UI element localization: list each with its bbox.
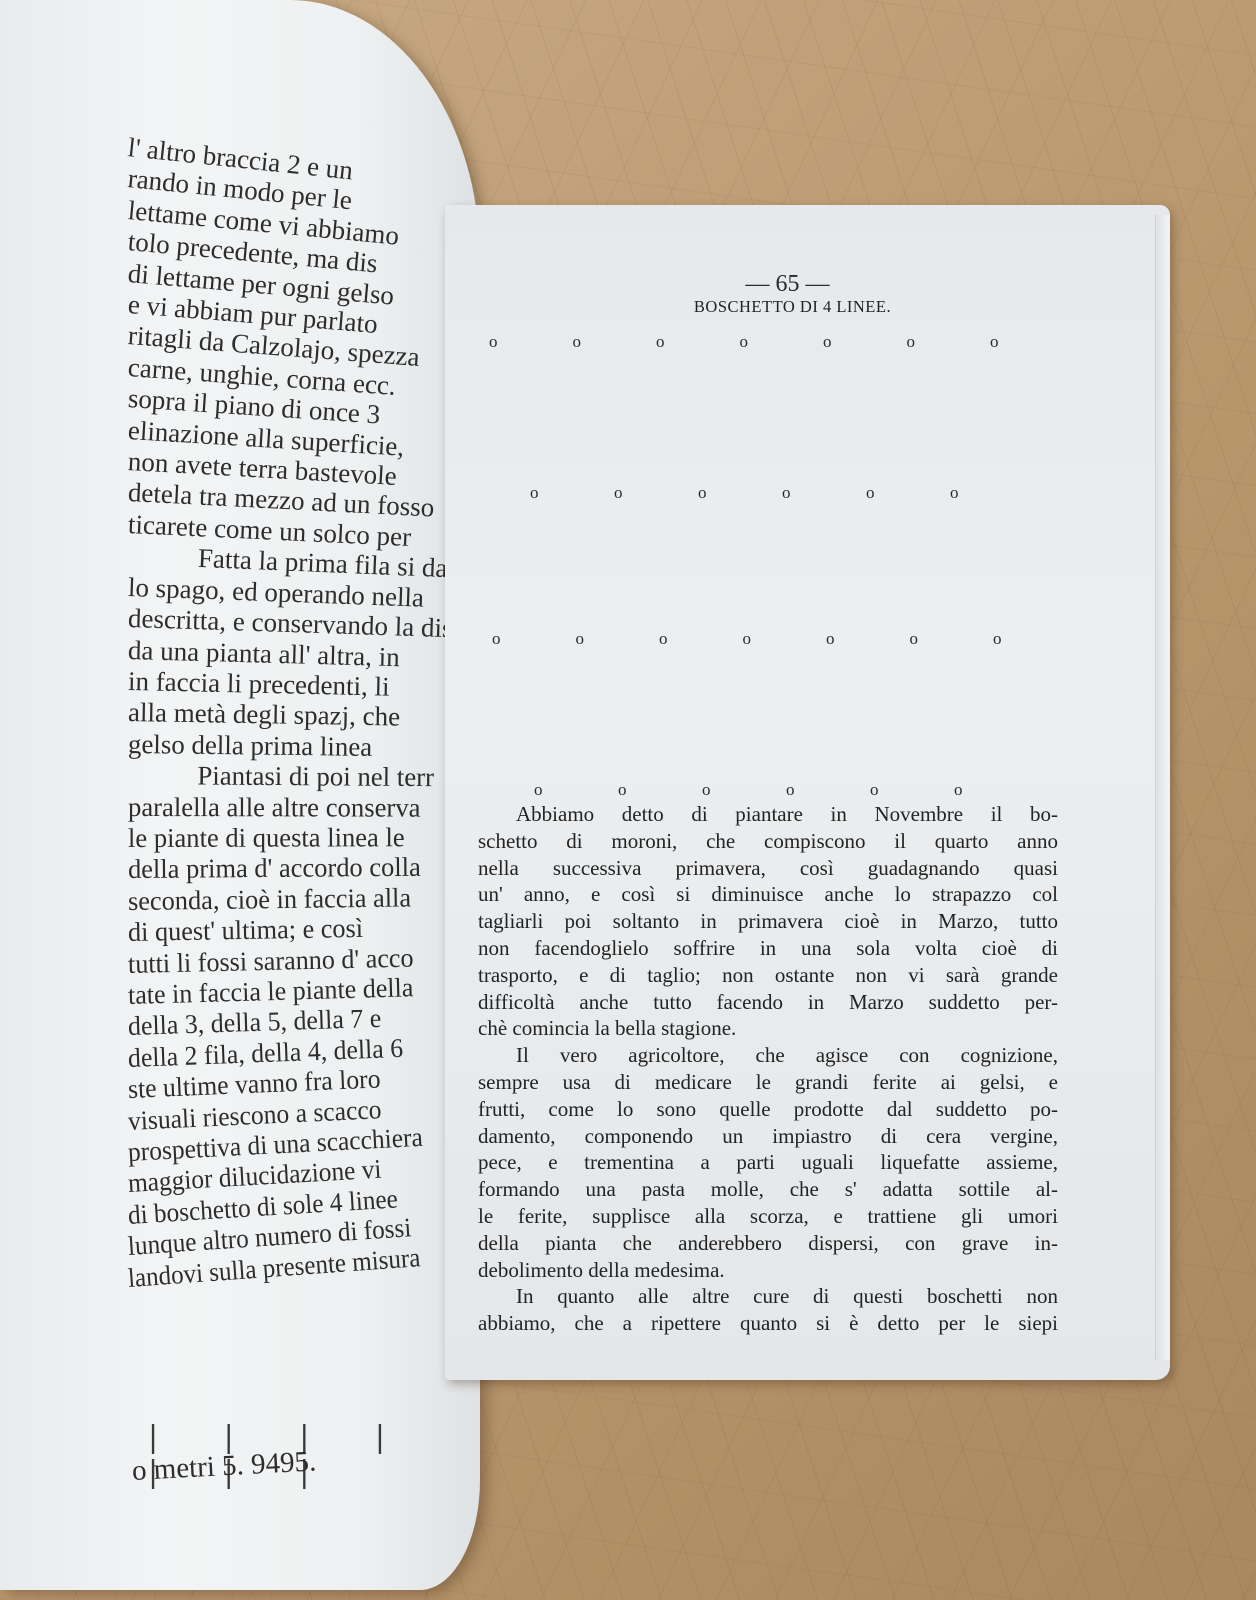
- text-line: tagliarli poi soltanto in primavera cioè…: [478, 908, 1058, 935]
- tree-marker: o: [782, 483, 791, 503]
- tree-marker: o: [786, 780, 795, 800]
- text-line: sempre usa di medicare le grandi ferite …: [478, 1069, 1058, 1096]
- tree-marker: o: [826, 629, 835, 649]
- tree-marker: o: [907, 332, 916, 352]
- text-line: damento, componendo un impiastro di cera…: [478, 1123, 1058, 1150]
- paragraph: Il vero agricoltore, che agisce con cogn…: [478, 1042, 1058, 1283]
- text-line: frutti, come lo sono quelle prodotte dal…: [478, 1096, 1058, 1123]
- text-line: Il vero agricoltore, che agisce con cogn…: [478, 1042, 1058, 1069]
- tree-row-3: ooooooo: [445, 629, 1170, 651]
- text-line: nella successiva primavera, così guadagn…: [478, 855, 1058, 882]
- text-line: In quanto alle altre cure di questi bosc…: [478, 1283, 1058, 1310]
- text-line: chè comincia la bella stagione.: [478, 1015, 1058, 1042]
- tree-marker: o: [990, 332, 999, 352]
- tree-marker: o: [534, 780, 543, 800]
- tree-marker: o: [656, 332, 665, 352]
- tree-marker: o: [823, 332, 832, 352]
- body-text: Abbiamo detto di piantare in Novembre il…: [478, 801, 1058, 1337]
- text-line: pece, e trementina a parti uguali liquef…: [478, 1149, 1058, 1176]
- text-line: abbiamo, che a ripettere quanto si è det…: [478, 1310, 1058, 1337]
- paragraph: Abbiamo detto di piantare in Novembre il…: [478, 801, 1058, 1042]
- tree-marker: o: [743, 629, 752, 649]
- left-page-line: della prima d' accordo colla: [128, 851, 480, 885]
- text-line: non facendoglielo soffrire in una sola v…: [478, 935, 1058, 962]
- tree-marker: o: [492, 629, 501, 649]
- text-line: le ferite, supplisce alla scorza, e trat…: [478, 1203, 1058, 1230]
- tree-marker: o: [573, 332, 582, 352]
- section-heading: BOSCHETTO DI 4 LINEE.: [430, 297, 1155, 317]
- tree-marker: o: [910, 629, 919, 649]
- tree-marker: o: [740, 332, 749, 352]
- tree-marker: o: [489, 332, 498, 352]
- left-page-line: Piantasi di poi nel terr: [128, 760, 480, 794]
- tree-row-1: ooooooo: [445, 332, 1170, 354]
- text-line: Abbiamo detto di piantare in Novembre il…: [478, 801, 1058, 828]
- tree-marker: o: [614, 483, 623, 503]
- text-line: difficoltà anche tutto facendo in Marzo …: [478, 989, 1058, 1016]
- text-line: formando una pasta molle, che s' adatta …: [478, 1176, 1058, 1203]
- tree-marker: o: [659, 629, 668, 649]
- text-line: debolimento della medesima.: [478, 1257, 1058, 1284]
- text-line: un' anno, e così si diminuisce anche lo …: [478, 881, 1058, 908]
- right-page: — 65 — BOSCHETTO DI 4 LINEE. ooooooooooo…: [445, 205, 1170, 1380]
- tree-marker: o: [702, 780, 711, 800]
- tree-row-2: oooooo: [445, 483, 1170, 505]
- text-line: trasporto, e di taglio; non ostante non …: [478, 962, 1058, 989]
- page-number: — 65 —: [425, 271, 1150, 298]
- tree-marker: o: [530, 483, 539, 503]
- tree-marker: o: [698, 483, 707, 503]
- left-page: l' altro braccia 2 e unrando in modo per…: [0, 0, 480, 1590]
- text-line: della pianta che anderebbero dispersi, c…: [478, 1230, 1058, 1257]
- text-line: schetto di moroni, che compiscono il qua…: [478, 828, 1058, 855]
- tree-row-4: oooooo: [445, 780, 1170, 802]
- tree-marker: o: [954, 780, 963, 800]
- left-page-line: le piante di questa linea le: [128, 822, 480, 855]
- tree-marker: o: [618, 780, 627, 800]
- left-page-line: paralella alle altre conserva: [128, 792, 480, 824]
- tree-marker: o: [870, 780, 879, 800]
- left-page-text: l' altro braccia 2 e unrando in modo per…: [128, 132, 480, 1294]
- paragraph: In quanto alle altre cure di questi bosc…: [478, 1283, 1058, 1337]
- tree-marker: o: [993, 629, 1002, 649]
- tree-marker: o: [866, 483, 875, 503]
- tree-marker: o: [950, 483, 959, 503]
- tree-marker: o: [576, 629, 585, 649]
